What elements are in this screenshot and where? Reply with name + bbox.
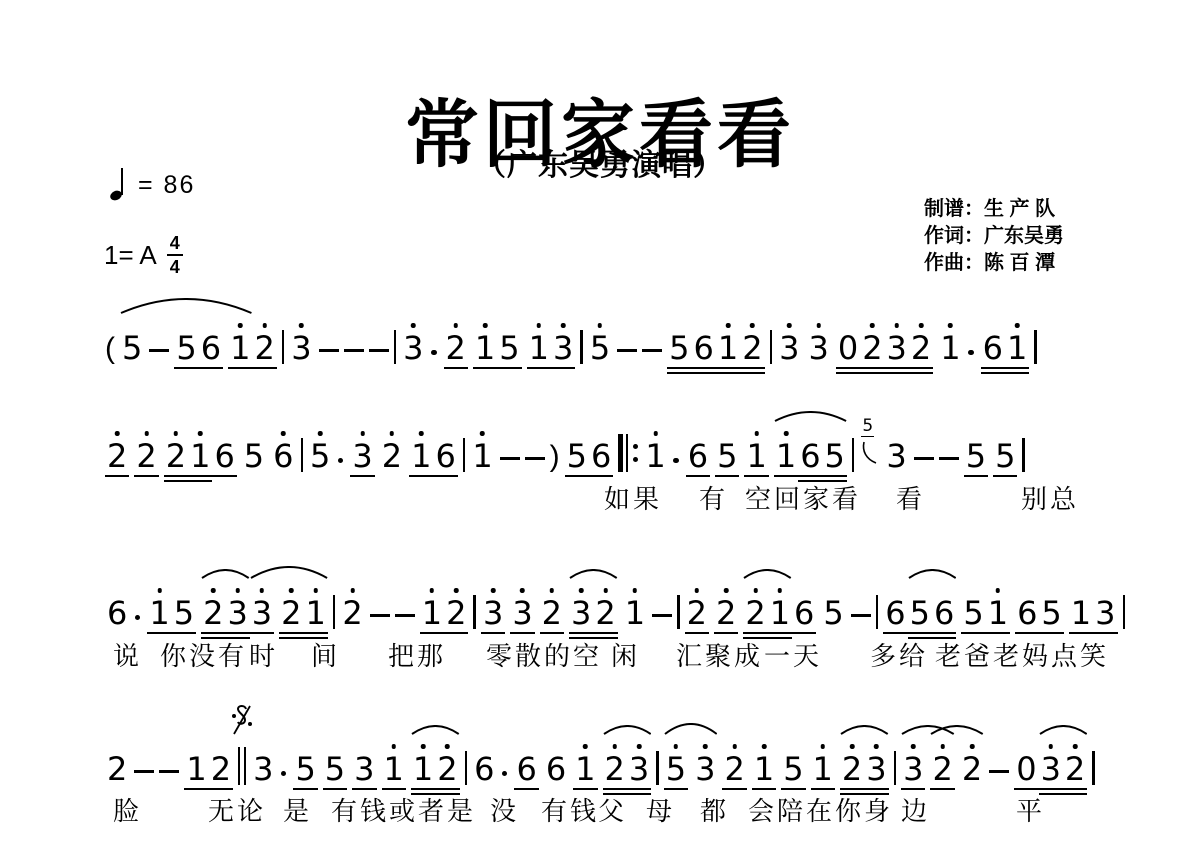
note: 6 [212, 440, 236, 472]
note: 6 [1015, 597, 1039, 629]
note-digit: 3 [512, 597, 532, 629]
note-digit: 5 [966, 440, 986, 472]
barline [1034, 330, 1037, 364]
note-digit: 1 [776, 440, 796, 472]
note-digit: 6 [107, 597, 127, 629]
note-digit: 6 [516, 753, 536, 785]
note: 2 [960, 753, 984, 785]
note-digit: 2 [716, 597, 736, 629]
duration-dash [989, 770, 1009, 773]
note: 2 [340, 597, 364, 629]
beam-group: 2 [722, 753, 746, 785]
note: 6 [271, 440, 295, 472]
note: 2 [444, 332, 468, 364]
beam-group: 2 [540, 597, 564, 629]
note: 3 [551, 332, 575, 364]
note: 5 [715, 440, 739, 472]
lyric: 把那 [388, 643, 446, 669]
note: 2 [105, 440, 129, 472]
note-digit: 1 [813, 753, 833, 785]
note: 1 [752, 753, 776, 785]
barline [876, 595, 879, 629]
note: 3 [777, 332, 801, 364]
slur-arc [411, 725, 460, 735]
note: 3 [225, 597, 249, 629]
note-digit: 5 [783, 753, 803, 785]
credit-lyricist: 作词：广东吴勇 [924, 223, 1064, 250]
note-digit: 1 [306, 597, 326, 629]
beam-group: 12 [184, 753, 233, 785]
note-digit: 3 [291, 332, 311, 364]
tempo-value: = 86 [138, 171, 195, 200]
note: 2 [740, 332, 764, 364]
note-digit: 0 [838, 332, 858, 364]
note: 5 [174, 332, 198, 364]
note-digit: 1 [149, 597, 169, 629]
note-digit: 6 [794, 597, 814, 629]
lyric: 说 [113, 643, 142, 669]
note-digit: 6 [688, 440, 708, 472]
duration-dash [500, 457, 520, 460]
barline [677, 595, 680, 629]
note-digit: 5 [174, 597, 194, 629]
note-digit: 6 [201, 332, 221, 364]
note: 1 [774, 440, 798, 472]
beam-group: 0232 [836, 332, 933, 364]
note: 5 [242, 440, 266, 472]
beam-group: 23 [840, 753, 889, 785]
note: 6 [792, 597, 816, 629]
note-digit: 6 [474, 753, 494, 785]
lyric: 看 [896, 486, 925, 512]
slur-arc [774, 411, 847, 422]
note: 3 [901, 753, 925, 785]
score-line: 2221656532161)5616511655355 [105, 426, 1025, 472]
duration-dash [617, 349, 637, 352]
note-digit: 3 [553, 332, 573, 364]
note-digit: 3 [887, 332, 907, 364]
barline [1022, 438, 1025, 472]
note-digit: 1 [645, 440, 665, 472]
note: 3 [1039, 753, 1063, 785]
note: 2 [134, 440, 158, 472]
note: 2 [685, 597, 709, 629]
note: 5 [964, 440, 988, 472]
note-digit: 1 [190, 440, 210, 472]
note: 2 [380, 440, 404, 472]
note-digit: 1 [422, 597, 442, 629]
lyric: 会陪在你身 [748, 798, 893, 824]
credits-block: 制谱：生 产 队 作词：广东吴勇 作曲：陈 百 潭 [924, 196, 1064, 276]
note: 5 [823, 440, 847, 472]
time-signature: 4 4 [167, 234, 183, 276]
note-digit: 5 [995, 440, 1015, 472]
beam-group: 15 [147, 597, 196, 629]
note: 6 [883, 597, 907, 629]
key-label: 1= A [104, 240, 157, 271]
note: 6 [544, 753, 568, 785]
note-digit: 6 [983, 332, 1003, 364]
score-line: (55612332151355612330232161 [105, 318, 1037, 364]
note: 2 [201, 597, 225, 629]
key-signature: 1= A 4 4 [104, 234, 183, 276]
note-digit: 1 [475, 332, 495, 364]
note-digit: 1 [411, 440, 431, 472]
note-digit: 3 [779, 332, 799, 364]
note: 6 [692, 332, 716, 364]
note: 1 [184, 753, 208, 785]
barline [1092, 751, 1095, 785]
note-digit: 1 [770, 597, 790, 629]
note: 1 [147, 597, 171, 629]
note-digit: 3 [629, 753, 649, 785]
note: 6 [199, 332, 223, 364]
beam-group: 65 [1015, 597, 1064, 629]
note-digit: 5 [1041, 597, 1061, 629]
barline [463, 438, 466, 472]
beam-group: 233 [201, 597, 274, 629]
note-digit: 3 [483, 597, 503, 629]
note-digit: 3 [866, 753, 886, 785]
note: 2 [909, 332, 933, 364]
note-digit: 1 [230, 332, 250, 364]
note: 3 [352, 753, 376, 785]
note-digit: 2 [203, 597, 223, 629]
barline [852, 438, 855, 472]
slur-arc [840, 725, 889, 735]
note-digit: 3 [903, 753, 923, 785]
beam-group: 1 [573, 753, 597, 785]
tempo-marking: = 86 [110, 168, 195, 202]
note-digit: 5 [825, 440, 845, 472]
note-digit: 3 [252, 597, 272, 629]
beam-group: 5 [323, 753, 347, 785]
note-digit: 2 [745, 597, 765, 629]
barline [770, 330, 773, 364]
beam-group: 15 [473, 332, 522, 364]
note: 3 [250, 597, 274, 629]
note: 2 [1063, 753, 1087, 785]
barline [656, 751, 659, 785]
quarter-note-icon [110, 168, 126, 202]
beam-group: 12 [411, 753, 460, 785]
note: 1 [643, 440, 667, 472]
note-digit: 2 [166, 440, 186, 472]
note: 1 [188, 440, 212, 472]
beam-group: 5612 [667, 332, 764, 364]
note-digit: 2 [742, 332, 762, 364]
note-digit: 6 [546, 753, 566, 785]
note-digit: 3 [808, 332, 828, 364]
note: 5 [908, 597, 932, 629]
note-digit: 3 [571, 597, 591, 629]
note: 5 [172, 597, 196, 629]
note-digit: 2 [211, 753, 231, 785]
note: 1 [716, 332, 740, 364]
note: 3 [569, 597, 593, 629]
note-digit: 6 [214, 440, 234, 472]
lyric: 父 [598, 798, 627, 824]
lyric: 空回家看 [745, 486, 861, 512]
duration-dash [642, 349, 662, 352]
note: 2 [252, 332, 276, 364]
note-digit: 1 [575, 753, 595, 785]
note-digit: 2 [595, 597, 615, 629]
slur-arc [603, 725, 652, 735]
note-digit: 2 [962, 753, 982, 785]
note-digit: 5 [310, 440, 330, 472]
barline [301, 438, 304, 472]
beam-group: 1 [744, 440, 768, 472]
beam-group: 6 [686, 440, 710, 472]
beam-group: 165 [774, 440, 847, 472]
beam-group: 2 [444, 332, 468, 364]
note-digit: 5 [823, 597, 843, 629]
barline [894, 751, 897, 785]
note-digit: 3 [354, 753, 374, 785]
note: 6 [472, 753, 496, 785]
lyric: 有 [699, 486, 728, 512]
beam-group: 13 [527, 332, 576, 364]
note-digit: 2 [1065, 753, 1085, 785]
note: 3 [350, 440, 374, 472]
note: 2 [714, 597, 738, 629]
note-digit: 6 [435, 440, 455, 472]
note: 2 [444, 597, 468, 629]
barline [282, 330, 285, 364]
duration-dash [344, 349, 364, 352]
note-digit: 2 [542, 597, 562, 629]
note: 2 [930, 753, 954, 785]
note: 2 [860, 332, 884, 364]
beam-group: 2 [134, 440, 158, 472]
lyric: 零散的空 [486, 643, 602, 669]
slur-arc [569, 569, 618, 579]
note-digit: 2 [842, 753, 862, 785]
lyric: 间 [311, 643, 340, 669]
note-digit: 6 [591, 440, 611, 472]
note: 1 [1005, 332, 1029, 364]
beam-group: 216 [743, 597, 816, 629]
note: 1 [470, 440, 494, 472]
note-digit: 2 [446, 332, 466, 364]
beam-group: 13 [1069, 597, 1118, 629]
note: 1 [986, 597, 1010, 629]
note-digit: 2 [107, 440, 127, 472]
note-digit: 2 [254, 332, 274, 364]
score-line: 212355311266612353215123322032 [105, 739, 1095, 785]
note-digit: 6 [885, 597, 905, 629]
note: 5 [323, 753, 347, 785]
note-digit: 5 [122, 332, 142, 364]
credit-composer: 作曲：陈 百 潭 [924, 250, 1064, 277]
note: 5 [781, 753, 805, 785]
note: 5 [588, 332, 612, 364]
lyric: 闲 [611, 643, 640, 669]
beam-group: 5 [293, 753, 317, 785]
barline [473, 595, 476, 629]
note: 6 [105, 597, 129, 629]
note-digit: 1 [472, 440, 492, 472]
beam-group: 5 [964, 440, 988, 472]
note: 2 [743, 597, 767, 629]
beam-group: 3 [901, 753, 925, 785]
duration-dash [319, 349, 339, 352]
lyric: 都 [700, 798, 729, 824]
note-digit: 1 [718, 332, 738, 364]
slur-arc [250, 566, 328, 579]
note-digit: 1 [186, 753, 206, 785]
note-digit: 6 [273, 440, 293, 472]
beam-group: 12 [228, 332, 277, 364]
beam-group: 56 [565, 440, 614, 472]
slur-arc [201, 569, 250, 579]
lyric: 老爸老妈点笑 [935, 643, 1109, 669]
note: 3 [1093, 597, 1117, 629]
note: 1 [811, 753, 835, 785]
note-digit: 3 [403, 332, 423, 364]
lyric: 多给 [870, 643, 928, 669]
beam-group: 216 [164, 440, 237, 472]
note-digit: 2 [911, 332, 931, 364]
note: 2 [840, 753, 864, 785]
note-digit: 2 [136, 440, 156, 472]
lyric: 你没有 [160, 643, 247, 669]
lyric: 母 [646, 798, 675, 824]
note-digit: 5 [666, 753, 686, 785]
note-digit: 5 [244, 440, 264, 472]
note: 5 [664, 753, 688, 785]
lyric: 无论 [208, 798, 266, 824]
duration-dash [369, 349, 389, 352]
duration-dash [159, 770, 179, 773]
note-digit: 6 [934, 597, 954, 629]
beam-group: 51 [961, 597, 1010, 629]
lyric: 边 [901, 798, 930, 824]
note: 1 [744, 440, 768, 472]
note: 3 [510, 597, 534, 629]
lyric: 是 [283, 798, 312, 824]
slur-arc [908, 569, 957, 579]
barline [465, 751, 468, 785]
beam-group: 032 [1014, 753, 1087, 785]
note: 3 [693, 753, 717, 785]
note-digit: 5 [963, 597, 983, 629]
note-digit: 5 [567, 440, 587, 472]
note: 6 [433, 440, 457, 472]
note-digit: 2 [862, 332, 882, 364]
open-paren: ( [105, 333, 115, 365]
note: 5 [497, 332, 521, 364]
lyric: 脸 [113, 798, 142, 824]
note-digit: 1 [384, 753, 404, 785]
note: 0 [1014, 753, 1038, 785]
slur-arc [1039, 725, 1088, 735]
note-digit: 3 [1041, 753, 1061, 785]
repeat-start-barline [618, 434, 638, 472]
note-digit: 3 [227, 597, 247, 629]
note-digit: 2 [281, 597, 301, 629]
slur-arc [664, 723, 718, 735]
lyric: 有钱或者是 [331, 798, 476, 824]
sheet-music-page: { "page":{"background":"#ffffff","ink":"… [0, 0, 1200, 850]
beam-group: 2 [714, 597, 738, 629]
note-digit: 2 [107, 753, 127, 785]
grace-note: 5 [859, 426, 879, 472]
note: 6 [932, 597, 956, 629]
beam-group: 5 [664, 753, 688, 785]
beam-group: 21 [279, 597, 328, 629]
note: 6 [514, 753, 538, 785]
time-signature-top: 4 [167, 234, 183, 256]
lyric: 别总 [1021, 486, 1079, 512]
lyric: 一天 [764, 643, 822, 669]
lyrics-row: 说你没有时间把那零散的空闲汇聚成一天多给老爸老妈点笑 [0, 643, 1200, 673]
beam-group: 1 [382, 753, 406, 785]
note: 2 [105, 753, 129, 785]
beam-group: 3 [481, 597, 505, 629]
note: 1 [304, 597, 328, 629]
note: 3 [885, 332, 909, 364]
beam-group: 61 [981, 332, 1030, 364]
note: 5 [293, 753, 317, 785]
note-digit: 1 [940, 332, 960, 364]
note: 2 [722, 753, 746, 785]
note-digit: 3 [886, 440, 906, 472]
note: 1 [420, 597, 444, 629]
note: 2 [435, 753, 459, 785]
note: 5 [821, 597, 845, 629]
note: 3 [289, 332, 313, 364]
duration-dash [370, 614, 390, 617]
barline [580, 330, 583, 364]
close-paren: ) [550, 441, 560, 473]
note-digit: 2 [446, 597, 466, 629]
grace-slur [860, 440, 878, 466]
note: 5 [667, 332, 691, 364]
note: 3 [806, 332, 830, 364]
note-digit: 0 [1016, 753, 1036, 785]
beam-group: 32 [569, 597, 618, 629]
beam-group: 16 [409, 440, 458, 472]
lyric: 平 [1016, 798, 1045, 824]
beam-group: 5 [781, 753, 805, 785]
note-digit: 3 [253, 753, 273, 785]
note: 2 [164, 440, 188, 472]
note-digit: 6 [1017, 597, 1037, 629]
note-digit: 6 [694, 332, 714, 364]
note: 6 [981, 332, 1005, 364]
lyrics-row: 脸无论是有钱或者是没有钱父母都会陪在你身边平 [0, 798, 1200, 828]
note: 2 [593, 597, 617, 629]
note: 1 [527, 332, 551, 364]
note: 2 [209, 753, 233, 785]
note: 5 [120, 332, 144, 364]
note: 1 [411, 753, 435, 785]
note: 1 [473, 332, 497, 364]
lyric: 汇聚成 [676, 643, 763, 669]
note: 1 [228, 332, 252, 364]
slur-arc [120, 298, 252, 314]
duration-dash [395, 614, 415, 617]
note-digit: 1 [625, 597, 645, 629]
note: 2 [540, 597, 564, 629]
beam-group: 1 [752, 753, 776, 785]
duration-dash [939, 457, 959, 460]
note: 5 [565, 440, 589, 472]
beam-group: 3 [352, 753, 376, 785]
credit-arranger: 制谱：生 产 队 [924, 196, 1064, 223]
